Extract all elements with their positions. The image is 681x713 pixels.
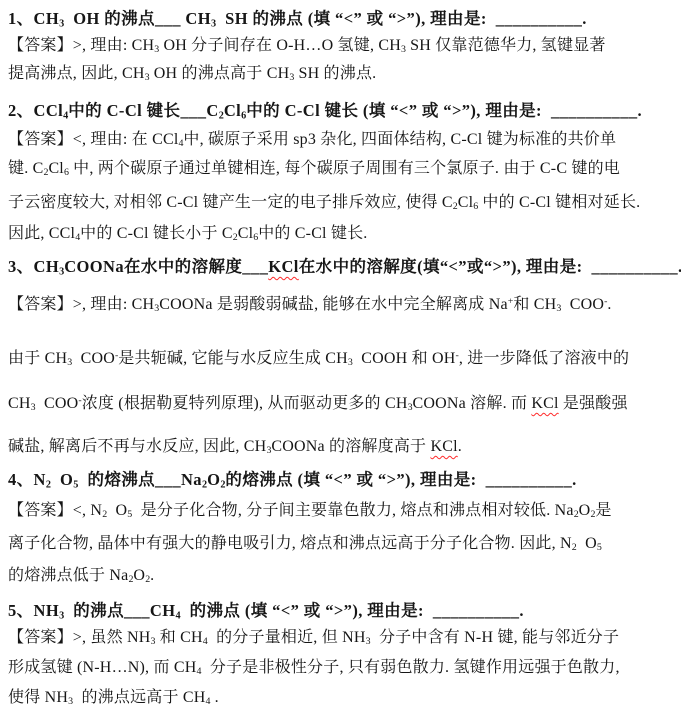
text-segment: O: [51, 470, 73, 489]
spellcheck-flagged-text: KCl: [531, 395, 558, 412]
answer-3-line-2: 由于 CH3 COO-是共轭碱, 它能与水反应生成 CH3 COOH 和 OH-…: [8, 349, 629, 370]
text-segment: 分子是非极性分子, 只有弱色散力. 氢键作用远强于色散力,: [201, 659, 619, 676]
answer-2-line-2: 键. C2Cl6 中, 两个碳原子通过单键相连, 每个碳原子周围有三个氯原子. …: [8, 159, 620, 180]
text-segment: O: [107, 502, 127, 519]
text-segment: COO: [36, 395, 79, 412]
text-segment: 浓度 (根据勒夏特列原理), 从而驱动更多的 CH: [82, 395, 408, 412]
text-segment: , 进一步降低了溶液中的: [459, 350, 629, 367]
text-segment: 中的 C-Cl 键相对延长.: [478, 194, 640, 211]
text-segment: 和 CH: [156, 629, 203, 646]
text-segment: 的沸点 (填 “<” 或 “>”), 理由是: __________.: [181, 601, 524, 620]
text-segment: 形成氢键 (N-H…N), 而 CH: [8, 659, 196, 676]
text-segment: Cl: [48, 160, 64, 177]
text-segment: .: [210, 689, 218, 706]
text-segment: 子云密度较大, 对相邻 C-Cl 键产生一定的电子排斥效应, 使得 C: [8, 194, 453, 211]
text-segment: OH 分子间存在 O-H…O 氢键, CH: [159, 37, 401, 54]
text-segment: 的熔沸点低于 Na: [8, 567, 128, 584]
answer-4-line-3: 的熔沸点低于 Na2O2.: [8, 566, 154, 587]
text-segment: 使得 NH: [8, 689, 68, 706]
text-segment: 由于 CH: [8, 350, 67, 367]
text-segment: COO: [561, 296, 604, 313]
text-segment: .: [458, 438, 462, 455]
text-segment: 的熔沸点 (填 “<” 或 “>”), 理由是: __________.: [225, 470, 576, 489]
text-segment: 是强酸强: [559, 395, 628, 412]
text-segment: 碱盐, 解离后不再与水反应, 因此, CH: [8, 438, 266, 455]
text-segment: SH 的沸点 (填 “<” 或 “>”), 理由是: __________.: [216, 9, 587, 28]
text-segment: Cl: [458, 194, 474, 211]
text-segment: 4、N: [8, 470, 46, 489]
text-segment: Cl: [224, 101, 241, 120]
text-segment: 3、CH: [8, 257, 59, 276]
text-segment: 中的 C-Cl 键长___C: [68, 101, 218, 120]
text-segment: OH 的沸点高于 CH: [150, 65, 290, 82]
text-segment: 提高沸点, 因此, CH: [8, 65, 145, 82]
text-segment: 的熔沸点___Na: [78, 470, 202, 489]
text-segment: 【答案】>, 理由: CH: [8, 296, 154, 313]
question-1-text: 1、CH3 OH 的沸点___ CH3 SH 的沸点 (填 “<” 或 “>”)…: [8, 8, 587, 31]
text-segment: O: [579, 502, 591, 519]
answer-5-line-1: 【答案】>, 虽然 NH3 和 CH4 的分子量相近, 但 NH3 分子中含有 …: [8, 628, 619, 649]
text-segment: 【答案】>, 理由: CH: [8, 37, 154, 54]
text-segment: OH 的沸点___ CH: [64, 9, 211, 28]
text-segment: 是分子化合物, 分子间主要靠色散力, 熔点和沸点相对较低. Na: [132, 502, 573, 519]
text-segment: 是: [595, 502, 611, 519]
question-3-text: 3、CH3COONa在水中的溶解度___KCl在水中的溶解度(填“<”或“>”)…: [8, 256, 681, 279]
question-5-text: 5、NH3 的沸点___CH4 的沸点 (填 “<” 或 “>”), 理由是: …: [8, 600, 524, 623]
text-segment: 5: [597, 542, 602, 553]
text-segment: 在水中的溶解度(填“<”或“>”), 理由是: __________.: [299, 257, 681, 276]
answer-4-line-2: 离子化合物, 晶体中有强大的静电吸引力, 熔点和沸点远高于分子化合物. 因此, …: [8, 534, 602, 555]
text-segment: 2、CCl: [8, 101, 63, 120]
text-segment: SH 的沸点.: [294, 65, 376, 82]
answer-2-line-4: 因此, CCl4中的 C-Cl 键长小于 C2Cl6中的 C-Cl 键长.: [8, 224, 368, 245]
text-segment: CH: [8, 395, 31, 412]
text-segment: 分子中含有 N-H 键, 能与邻近分子: [371, 629, 620, 646]
text-segment: 【答案】>, 虽然 NH: [8, 629, 151, 646]
answer-3-line-3: CH3 COO-浓度 (根据勒夏特列原理), 从而驱动更多的 CH3COONa …: [8, 394, 628, 415]
text-segment: 中的 C-Cl 键长.: [258, 225, 367, 242]
spellcheck-flagged-text: KCl: [430, 438, 457, 455]
answer-5-line-2: 形成氢键 (N-H…N), 而 CH4 分子是非极性分子, 只有弱色散力. 氢键…: [8, 658, 620, 679]
text-segment: Cl: [238, 225, 254, 242]
text-segment: 的沸点___CH: [64, 601, 175, 620]
text-segment: 中, 两个碳原子通过单键相连, 每个碳原子周围有三个氯原子. 由于 C-C 键的…: [69, 160, 620, 177]
question-4-text: 4、N2 O5 的熔沸点___Na2O2的熔沸点 (填 “<” 或 “>”), …: [8, 469, 577, 492]
answer-4-line-1: 【答案】<, N2 O5 是分子化合物, 分子间主要靠色散力, 熔点和沸点相对较…: [8, 501, 612, 522]
question-2-text: 2、CCl4中的 C-Cl 键长___C2Cl6中的 C-Cl 键长 (填 “<…: [8, 100, 642, 123]
text-segment: 的沸点远高于 CH: [73, 689, 205, 706]
text-segment: .: [607, 296, 611, 313]
text-segment: O: [133, 567, 145, 584]
text-segment: COONa 是弱酸弱碱盐, 能够在水中完全解离成 Na: [159, 296, 508, 313]
answer-2-line-1: 【答案】<, 理由: 在 CCl4中, 碳原子采用 sp3 杂化, 四面体结构,…: [8, 130, 616, 151]
text-segment: 是共轭碱, 它能与水反应生成 CH: [118, 350, 348, 367]
text-segment: 5、NH: [8, 601, 59, 620]
text-segment: 1、CH: [8, 9, 59, 28]
text-segment: COONa在水中的溶解度___: [64, 257, 268, 276]
answer-3-line-1: 【答案】>, 理由: CH3COONa 是弱酸弱碱盐, 能够在水中完全解离成 N…: [8, 295, 612, 316]
answer-3-line-4: 碱盐, 解离后不再与水反应, 因此, CH3COONa 的溶解度高于 KCl.: [8, 437, 462, 458]
answer-5-line-3: 使得 NH3 的沸点远高于 CH4 .: [8, 688, 219, 709]
text-segment: .: [150, 567, 154, 584]
text-segment: 的分子量相近, 但 NH: [208, 629, 366, 646]
answer-2-line-3: 子云密度较大, 对相邻 C-Cl 键产生一定的电子排斥效应, 使得 C2Cl6 …: [8, 193, 640, 214]
document-page: 1、CH3 OH 的沸点___ CH3 SH 的沸点 (填 “<” 或 “>”)…: [0, 0, 681, 713]
text-segment: O: [577, 535, 597, 552]
spellcheck-flagged-text: KCl: [268, 257, 299, 276]
text-segment: 离子化合物, 晶体中有强大的静电吸引力, 熔点和沸点远高于分子化合物. 因此, …: [8, 535, 572, 552]
text-segment: O: [207, 470, 220, 489]
answer-1-line-1: 【答案】>, 理由: CH3 OH 分子间存在 O-H…O 氢键, CH3 SH…: [8, 36, 606, 57]
text-segment: COOH 和 OH: [353, 350, 456, 367]
text-segment: 中的 C-Cl 键长小于 C: [80, 225, 233, 242]
text-segment: COO: [72, 350, 115, 367]
text-segment: 因此, CCl: [8, 225, 75, 242]
text-segment: 和 CH: [513, 296, 556, 313]
text-segment: COONa 溶解. 而: [413, 395, 532, 412]
text-segment: 【答案】<, N: [8, 502, 102, 519]
text-segment: 中的 C-Cl 键长 (填 “<” 或 “>”), 理由是: _________…: [246, 101, 642, 120]
answer-1-line-2: 提高沸点, 因此, CH3 OH 的沸点高于 CH3 SH 的沸点.: [8, 64, 376, 85]
text-segment: SH 仅靠范德华力, 氢键显著: [406, 37, 606, 54]
text-segment: 【答案】<, 理由: 在 CCl: [8, 131, 178, 148]
text-segment: COONa 的溶解度高于: [271, 438, 430, 455]
text-segment: 键. C: [8, 160, 43, 177]
text-segment: 中, 碳原子采用 sp3 杂化, 四面体结构, C-Cl 键为标准的共价单: [183, 131, 616, 148]
